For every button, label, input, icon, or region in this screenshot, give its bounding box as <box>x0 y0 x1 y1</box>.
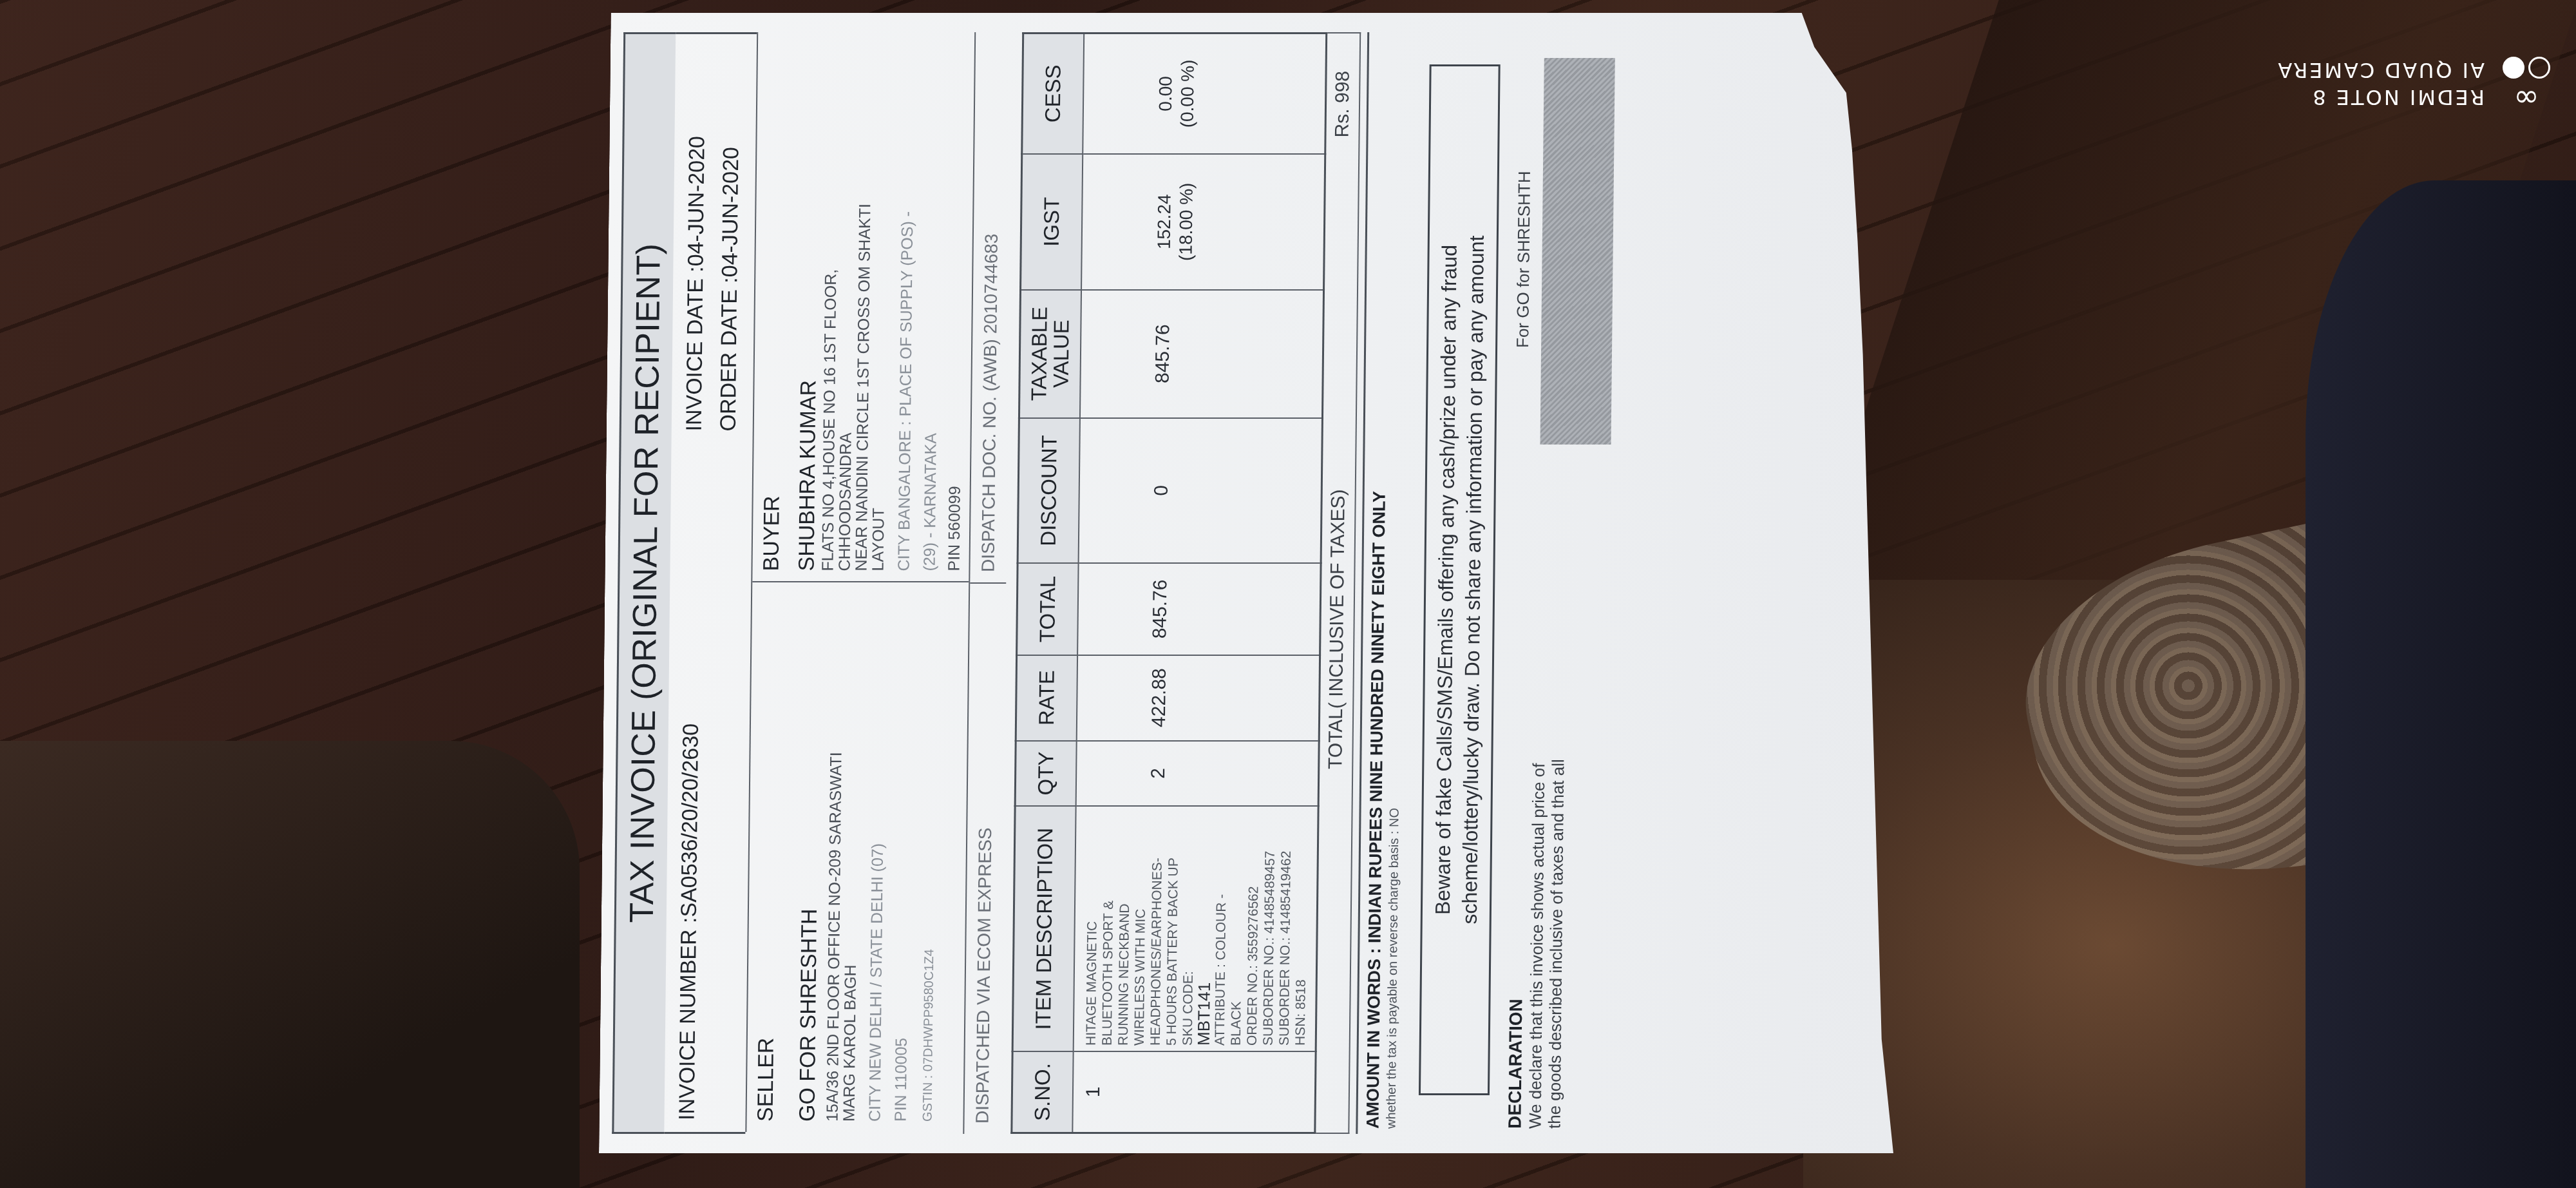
invoice-number: SA0536/20/20/2630 <box>677 723 703 917</box>
seller-block: SELLER GO FOR SHRESHTH 15A/36 2ND FLOOR … <box>746 582 969 1133</box>
buyer-state: (29) - KARNATAKA <box>921 43 943 571</box>
table-row: 1 HITAGE MAGNETIC BLUETOOTH SPORT & RUNN… <box>1072 34 1326 1133</box>
item-taxable-value: 845.76 <box>1080 290 1324 418</box>
signature-stamp <box>1540 58 1615 445</box>
igst-percent: (18.00 %) <box>1175 160 1198 284</box>
item-discount: 0 <box>1079 418 1323 564</box>
watermark-subtitle: AI QUAD CAMERA <box>2276 58 2485 82</box>
order-date-label: ORDER DATE : <box>716 277 743 431</box>
seller-gstin: GSTIN : 07DHWPP9580C1Z4 <box>920 593 942 1122</box>
col-qty: QTY <box>1015 741 1077 807</box>
signatory-label: For GO for SHRESHTH <box>1511 32 1536 470</box>
buyer-label: BUYER <box>759 43 790 571</box>
declaration: DECLARATION We declare that this invoice… <box>1504 470 1571 1129</box>
item-description: HITAGE MAGNETIC BLUETOOTH SPORT & RUNNIN… <box>1074 806 1318 1051</box>
items-table: S.NO. ITEM DESCRIPTION QTY RATE TOTAL DI… <box>1010 32 1327 1134</box>
col-sno: S.NO. <box>1012 1051 1074 1133</box>
col-cess: CESS <box>1022 34 1084 154</box>
seller-city-state: CITY NEW DELHI / STATE DELHI (07) <box>867 593 889 1122</box>
item-qty: 2 <box>1076 741 1320 807</box>
infinity-dual-circle-icon: ∞ <box>2503 57 2550 111</box>
fraud-warning-box: Beware of fake Calls/SMS/Emails offering… <box>1419 64 1501 1095</box>
invoice-number-label: INVOICE NUMBER : <box>675 917 701 1120</box>
tax-invoice: TAX INVOICE (ORIGINAL FOR RECIPIENT) INV… <box>612 32 1575 1134</box>
seller-name: GO FOR SHRESHTH <box>795 593 826 1122</box>
detail-line: BLACK <box>1228 812 1247 1046</box>
total-label: TOTAL( INCLUSIVE OF TAXES) <box>1321 137 1354 1121</box>
cess-percent: (0.00 %) <box>1176 39 1199 148</box>
item-rate: 422.88 <box>1077 655 1320 741</box>
detail-line: SUBORDER NO.: 41485419462 <box>1276 812 1295 1046</box>
col-total: TOTAL <box>1017 563 1079 655</box>
col-discount: DISCOUNT <box>1018 418 1080 564</box>
desc-line: HITAGE MAGNETIC <box>1083 812 1102 1046</box>
invoice-date: 04-JUN-2020 <box>683 136 709 266</box>
parties-section: SELLER GO FOR SHRESHTH 15A/36 2ND FLOOR … <box>745 32 974 1132</box>
detail-line: ORDER NO.: 3559276562 <box>1244 812 1263 1046</box>
col-igst: IGST <box>1021 154 1083 290</box>
col-rate: RATE <box>1016 655 1077 741</box>
signatory-block: For GO for SHRESHTH <box>1511 32 1575 470</box>
camera-watermark: ∞ REDMI NOTE 8 AI QUAD CAMERA <box>2215 45 2550 122</box>
desc-line: BLUETOOTH SPORT & <box>1099 812 1118 1046</box>
invoice-date-label: INVOICE DATE : <box>682 266 708 431</box>
item-igst: 152.24 (18.00 %) <box>1081 154 1325 290</box>
item-cess: 0.00 (0.00 %) <box>1083 34 1326 154</box>
order-date: 04-JUN-2020 <box>717 147 743 277</box>
igst-amount: 152.24 <box>1153 160 1176 284</box>
detail-line: HSN: 8518 <box>1293 812 1311 1046</box>
buyer-block: BUYER SHUBHRA KUMAR FLATS NO 4,HOUSE NO … <box>752 32 974 582</box>
invoice-header: INVOICE NUMBER :SA0536/20/20/2630 INVOIC… <box>664 32 757 1134</box>
table-header-row: S.NO. ITEM DESCRIPTION QTY RATE TOTAL DI… <box>1012 34 1084 1133</box>
footer-section: DECLARATION We declare that this invoice… <box>1504 32 1575 1134</box>
buyer-city-pos: CITY BANGALORE : PLACE OF SUPPLY (POS) - <box>895 43 918 571</box>
buyer-pin: PIN 560099 <box>945 43 968 571</box>
total-value: Rs. 998 <box>1332 45 1355 137</box>
invoice-paper: TAX INVOICE (ORIGINAL FOR RECIPIENT) INV… <box>599 13 1906 1153</box>
dispatch-doc-number: DISPATCH DOC. NO. (AWB) 2010744683 <box>970 32 1012 582</box>
desc-line: RUNNING NECKBAND <box>1115 812 1134 1046</box>
col-item-description: ITEM DESCRIPTION <box>1012 806 1075 1051</box>
cess-amount: 0.00 <box>1154 39 1177 148</box>
chair-seat <box>0 741 580 1188</box>
detail-line: SUBORDER NO.: 41485489457 <box>1260 812 1279 1046</box>
item-sno: 1 <box>1072 1051 1316 1133</box>
col-taxable-value: TAXABLE VALUE <box>1019 290 1081 418</box>
seller-pin: PIN 110005 <box>893 593 915 1122</box>
detail-line: ATTRIBUTE : COLOUR - <box>1212 812 1231 1046</box>
fabric-background <box>2306 180 2576 1188</box>
watermark-model: REDMI NOTE 8 <box>2276 85 2485 110</box>
desc-line: WIRELESS WITH MIC <box>1132 812 1150 1046</box>
seller-label: SELLER <box>753 593 784 1122</box>
dispatched-via: DISPATCHED VIA ECOM EXPRESS <box>964 582 1006 1134</box>
desc-line: HEADPHONES/EARPHONES- <box>1148 812 1166 1046</box>
sku-code: MBT141 <box>1196 812 1215 1046</box>
desc-line: 5 HOURS BATTERY BACK UP <box>1164 812 1182 1046</box>
item-total: 845.76 <box>1077 563 1321 655</box>
